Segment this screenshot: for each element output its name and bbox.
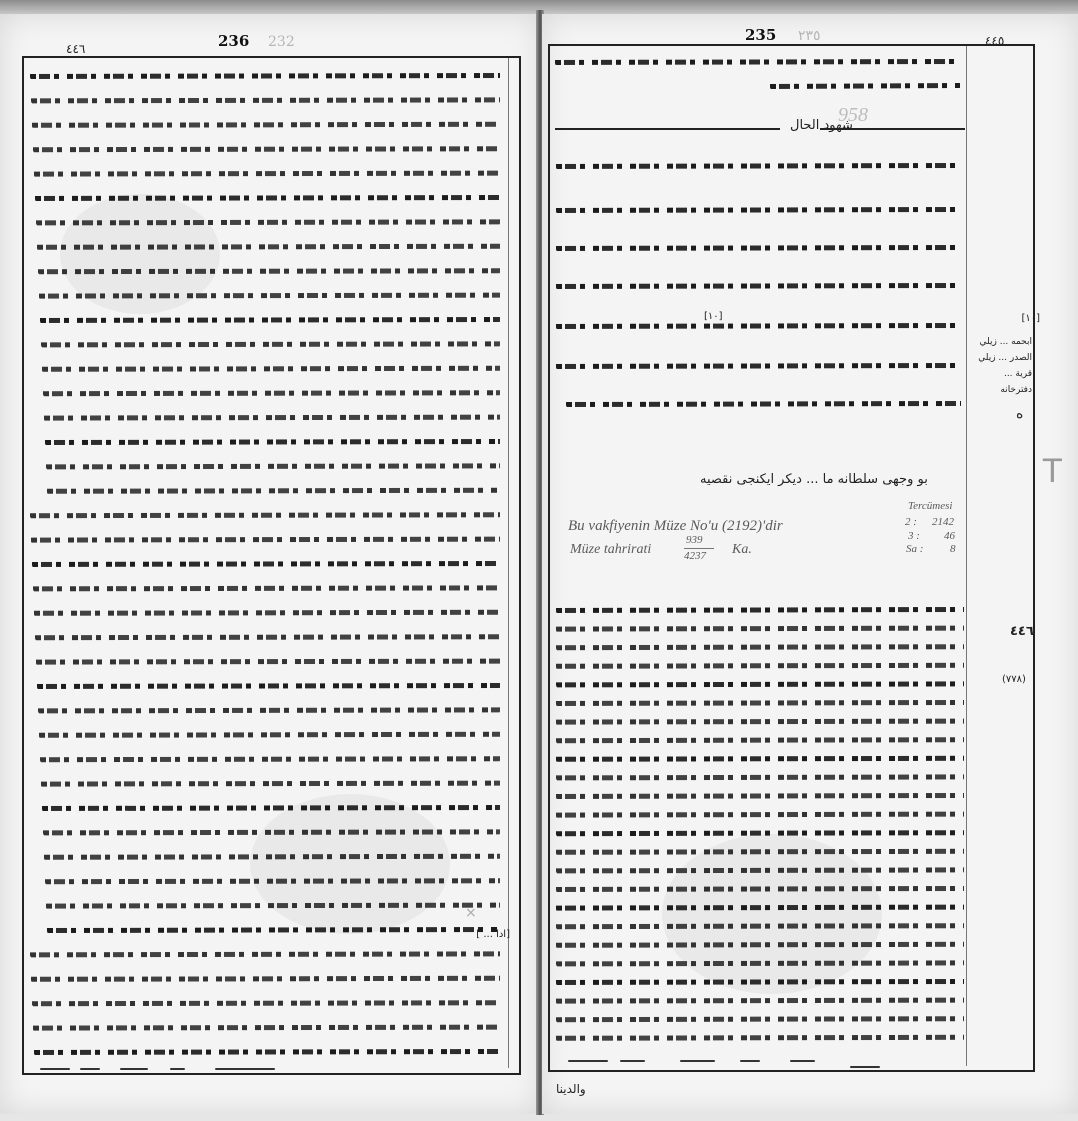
manuscript-text-line xyxy=(556,716,964,726)
archive-note-line-1: Bu vakfiyenin Müze No'u (2192)'dir xyxy=(568,518,783,535)
ink-stroke xyxy=(556,995,964,1005)
manuscript-text-line xyxy=(556,242,961,252)
line-filler-dash xyxy=(568,1060,608,1062)
ink-stroke xyxy=(556,242,961,252)
ink-stroke xyxy=(30,509,500,519)
ink-stroke xyxy=(556,660,964,670)
marginal-note-line: ابحمه ... زيلي xyxy=(970,336,1032,349)
manuscript-text-line xyxy=(30,509,500,519)
x-mark: × xyxy=(465,905,477,921)
archive-note-label: Müze tahrirati xyxy=(570,542,651,558)
manuscript-text-line xyxy=(556,1013,964,1023)
manuscript-text-line xyxy=(556,204,961,214)
marginal-note-line: الصدر ... زيلي xyxy=(970,352,1032,365)
manuscript-text-line xyxy=(30,70,500,80)
ink-stroke xyxy=(39,290,500,300)
manuscript-text-line xyxy=(556,678,964,688)
manuscript-text-line xyxy=(770,80,960,90)
ink-stroke xyxy=(556,641,964,651)
ink-stroke xyxy=(556,939,964,949)
ink-stroke xyxy=(556,809,964,819)
manuscript-text-line xyxy=(566,398,961,408)
ink-stroke xyxy=(556,204,961,214)
manuscript-text-line xyxy=(34,168,500,178)
marginal-note-line: قرية ... xyxy=(970,368,1032,381)
manuscript-text-line xyxy=(34,607,500,617)
ink-stroke xyxy=(45,875,500,885)
heading-divider-left xyxy=(555,128,780,130)
ink-stroke xyxy=(556,734,964,744)
ink-stroke xyxy=(34,1046,500,1056)
ink-stroke xyxy=(40,314,500,324)
ink-stroke xyxy=(42,802,500,812)
manuscript-text-line xyxy=(556,957,964,967)
manuscript-text-line xyxy=(556,623,964,633)
manuscript-text-line xyxy=(36,216,500,226)
ink-stroke xyxy=(33,143,500,153)
right-page-number: 235 xyxy=(745,26,776,44)
manuscript-text-line xyxy=(33,1022,500,1032)
manuscript-text-line xyxy=(556,939,964,949)
tercumesi-row-label: 3 : xyxy=(908,530,920,542)
line-filler-dash xyxy=(740,1060,760,1062)
tercumesi-row-value: 2142 xyxy=(932,516,954,528)
manuscript-text-line xyxy=(33,582,500,592)
manuscript-text-line xyxy=(35,192,500,202)
ink-stroke xyxy=(41,338,500,348)
ink-stroke xyxy=(47,924,500,934)
left-marginal-note: [ادا ... ] xyxy=(476,928,510,941)
ink-stroke xyxy=(556,957,964,967)
pencil-number: 958 xyxy=(838,104,868,127)
ink-stroke xyxy=(31,973,500,983)
ink-stroke xyxy=(770,80,960,90)
manuscript-text-line xyxy=(32,119,500,129)
line-filler-dash xyxy=(850,1066,880,1068)
ink-stroke xyxy=(556,920,964,930)
ink-stroke xyxy=(556,883,964,893)
marginal-note-line: [١٠] xyxy=(1010,312,1040,325)
manuscript-text-line xyxy=(35,631,500,641)
manuscript-text-line xyxy=(556,753,964,763)
ink-stroke xyxy=(556,771,964,781)
ink-stroke xyxy=(556,160,961,170)
manuscript-text-line xyxy=(38,704,500,714)
marginal-symbol: ه xyxy=(1016,406,1023,422)
ink-stroke xyxy=(37,241,500,251)
ink-stroke xyxy=(46,460,500,470)
ink-stroke xyxy=(556,360,961,370)
manuscript-text-line xyxy=(556,846,964,856)
left-page-number: 236 xyxy=(218,32,249,50)
fraction-bottom: 4237 xyxy=(684,550,706,562)
line-filler-dash xyxy=(620,1060,645,1062)
entry-number: ٤٤٦ xyxy=(1010,625,1034,638)
ink-stroke xyxy=(34,607,500,617)
ink-stroke xyxy=(44,851,500,861)
ink-stroke xyxy=(35,192,500,202)
ink-stroke xyxy=(32,558,500,568)
tercumesi-row-value: 46 xyxy=(944,530,955,542)
manuscript-text-line xyxy=(47,924,500,934)
manuscript-text-line xyxy=(38,265,500,275)
line-filler-dash xyxy=(80,1068,100,1070)
manuscript-text-line xyxy=(39,729,500,739)
manuscript-text-line xyxy=(556,771,964,781)
right-faint-number: ٢٣٥ xyxy=(798,28,821,44)
ink-stroke xyxy=(556,753,964,763)
manuscript-text-line xyxy=(43,387,500,397)
manuscript-text-line xyxy=(41,778,500,788)
left-folio-number: ٤٤٦ xyxy=(66,42,85,56)
ink-stroke xyxy=(39,729,500,739)
line-filler-dash xyxy=(40,1068,70,1070)
catchword: والدينا xyxy=(556,1082,586,1096)
ink-stroke xyxy=(36,656,500,666)
ink-stroke xyxy=(556,678,964,688)
manuscript-text-line xyxy=(37,680,500,690)
right-text-frame xyxy=(548,44,1035,1072)
manuscript-text-line xyxy=(556,360,961,370)
ink-stroke xyxy=(556,790,964,800)
footnote-marker: [١٠] xyxy=(704,310,723,323)
ink-stroke xyxy=(34,168,500,178)
manuscript-text-line xyxy=(45,436,500,446)
manuscript-text-line xyxy=(556,160,961,170)
ink-stroke xyxy=(43,387,500,397)
ink-stroke xyxy=(556,716,964,726)
manuscript-text-line xyxy=(31,973,500,983)
manuscript-text-line xyxy=(40,314,500,324)
pencil-T-mark: T xyxy=(1042,452,1063,491)
manuscript-text-line xyxy=(33,143,500,153)
manuscript-text-line xyxy=(45,875,500,885)
manuscript-text-line xyxy=(32,997,500,1007)
ink-stroke xyxy=(556,902,964,912)
ink-stroke xyxy=(46,900,500,910)
manuscript-text-line xyxy=(32,558,500,568)
manuscript-text-line xyxy=(556,827,964,837)
ink-stroke xyxy=(555,56,960,66)
fraction-top: 939 xyxy=(686,534,703,546)
manuscript-text-line xyxy=(556,883,964,893)
manuscript-text-line xyxy=(556,604,964,614)
ink-stroke xyxy=(38,265,500,275)
ink-stroke xyxy=(31,94,500,104)
tercumesi-row-label: Sa : xyxy=(906,543,923,555)
ink-stroke xyxy=(47,485,500,495)
fraction-bar xyxy=(684,548,714,549)
line-filler-dash xyxy=(790,1060,815,1062)
manuscript-text-line xyxy=(556,976,964,986)
manuscript-text-line xyxy=(556,280,961,290)
ink-stroke xyxy=(30,70,500,80)
ink-stroke xyxy=(32,119,500,129)
ink-stroke xyxy=(30,948,500,958)
manuscript-text-line xyxy=(556,697,964,707)
entry-sub-number: (٧٧٨) xyxy=(1002,673,1026,686)
manuscript-text-line xyxy=(46,900,500,910)
ink-stroke xyxy=(44,412,500,422)
manuscript-text-line xyxy=(556,864,964,874)
manuscript-text-line xyxy=(44,851,500,861)
line-filler-dash xyxy=(170,1068,185,1070)
ink-stroke xyxy=(33,582,500,592)
ink-stroke xyxy=(556,280,961,290)
ink-stroke xyxy=(556,1013,964,1023)
manuscript-text-line xyxy=(556,809,964,819)
manuscript-text-line xyxy=(37,241,500,251)
ink-stroke xyxy=(566,398,961,408)
manuscript-text-line xyxy=(556,790,964,800)
manuscript-text-line xyxy=(556,920,964,930)
ink-stroke xyxy=(556,976,964,986)
manuscript-text-line xyxy=(39,290,500,300)
ink-stroke xyxy=(556,320,961,330)
manuscript-text-line xyxy=(556,660,964,670)
marginal-note-line: دفترخانه xyxy=(970,384,1032,397)
ink-stroke xyxy=(556,846,964,856)
ink-stroke xyxy=(556,623,964,633)
ink-stroke xyxy=(556,827,964,837)
manuscript-text-line xyxy=(556,641,964,651)
manuscript-text-line xyxy=(30,948,500,958)
ink-stroke xyxy=(31,534,500,544)
ink-stroke xyxy=(45,436,500,446)
center-caption: بو وجهی سلطانه ما ... دیکر ایکنجی نقصیه xyxy=(700,472,928,487)
ink-stroke xyxy=(38,704,500,714)
tercumesi-row-label: 2 : xyxy=(905,516,917,528)
ink-stroke xyxy=(32,997,500,1007)
manuscript-text-line xyxy=(40,753,500,763)
manuscript-text-line xyxy=(44,412,500,422)
manuscript-text-line xyxy=(47,485,500,495)
manuscript-text-line xyxy=(31,534,500,544)
manuscript-text-line xyxy=(31,94,500,104)
manuscript-text-line xyxy=(46,460,500,470)
manuscript-text-line xyxy=(556,902,964,912)
left-faint-number: 232 xyxy=(268,34,295,50)
tercumesi-row-value: 8 xyxy=(950,543,956,555)
ink-stroke xyxy=(556,1032,964,1042)
ink-stroke xyxy=(33,1022,500,1032)
ink-stroke xyxy=(556,697,964,707)
ink-stroke xyxy=(556,864,964,874)
manuscript-text-line xyxy=(556,1032,964,1042)
ink-stroke xyxy=(36,216,500,226)
line-filler-dash xyxy=(680,1060,715,1062)
ink-stroke xyxy=(41,778,500,788)
manuscript-text-line xyxy=(555,56,960,66)
manuscript-text-line xyxy=(43,826,500,836)
ink-stroke xyxy=(43,826,500,836)
ink-stroke xyxy=(556,604,964,614)
manuscript-text-line xyxy=(36,656,500,666)
manuscript-text-line xyxy=(42,802,500,812)
ink-stroke xyxy=(35,631,500,641)
manuscript-text-line xyxy=(42,363,500,373)
manuscript-text-line xyxy=(556,734,964,744)
manuscript-text-line xyxy=(556,320,961,330)
line-filler-dash xyxy=(120,1068,148,1070)
manuscript-text-line xyxy=(556,995,964,1005)
ink-stroke xyxy=(37,680,500,690)
line-filler-dash xyxy=(215,1068,275,1070)
ink-stroke xyxy=(40,753,500,763)
ink-stroke xyxy=(42,363,500,373)
manuscript-spread: 236 232 ٤٤٦ × [ادا ... ] 235 ٢٣٥ ٤٤٥ شهو… xyxy=(0,0,1078,1121)
left-inner-rule xyxy=(508,58,509,1068)
archive-note-suffix: Ka. xyxy=(732,542,752,558)
manuscript-text-line xyxy=(34,1046,500,1056)
tercumesi-heading: Tercümesi xyxy=(908,500,952,512)
manuscript-text-line xyxy=(41,338,500,348)
right-inner-rule xyxy=(966,46,967,1066)
